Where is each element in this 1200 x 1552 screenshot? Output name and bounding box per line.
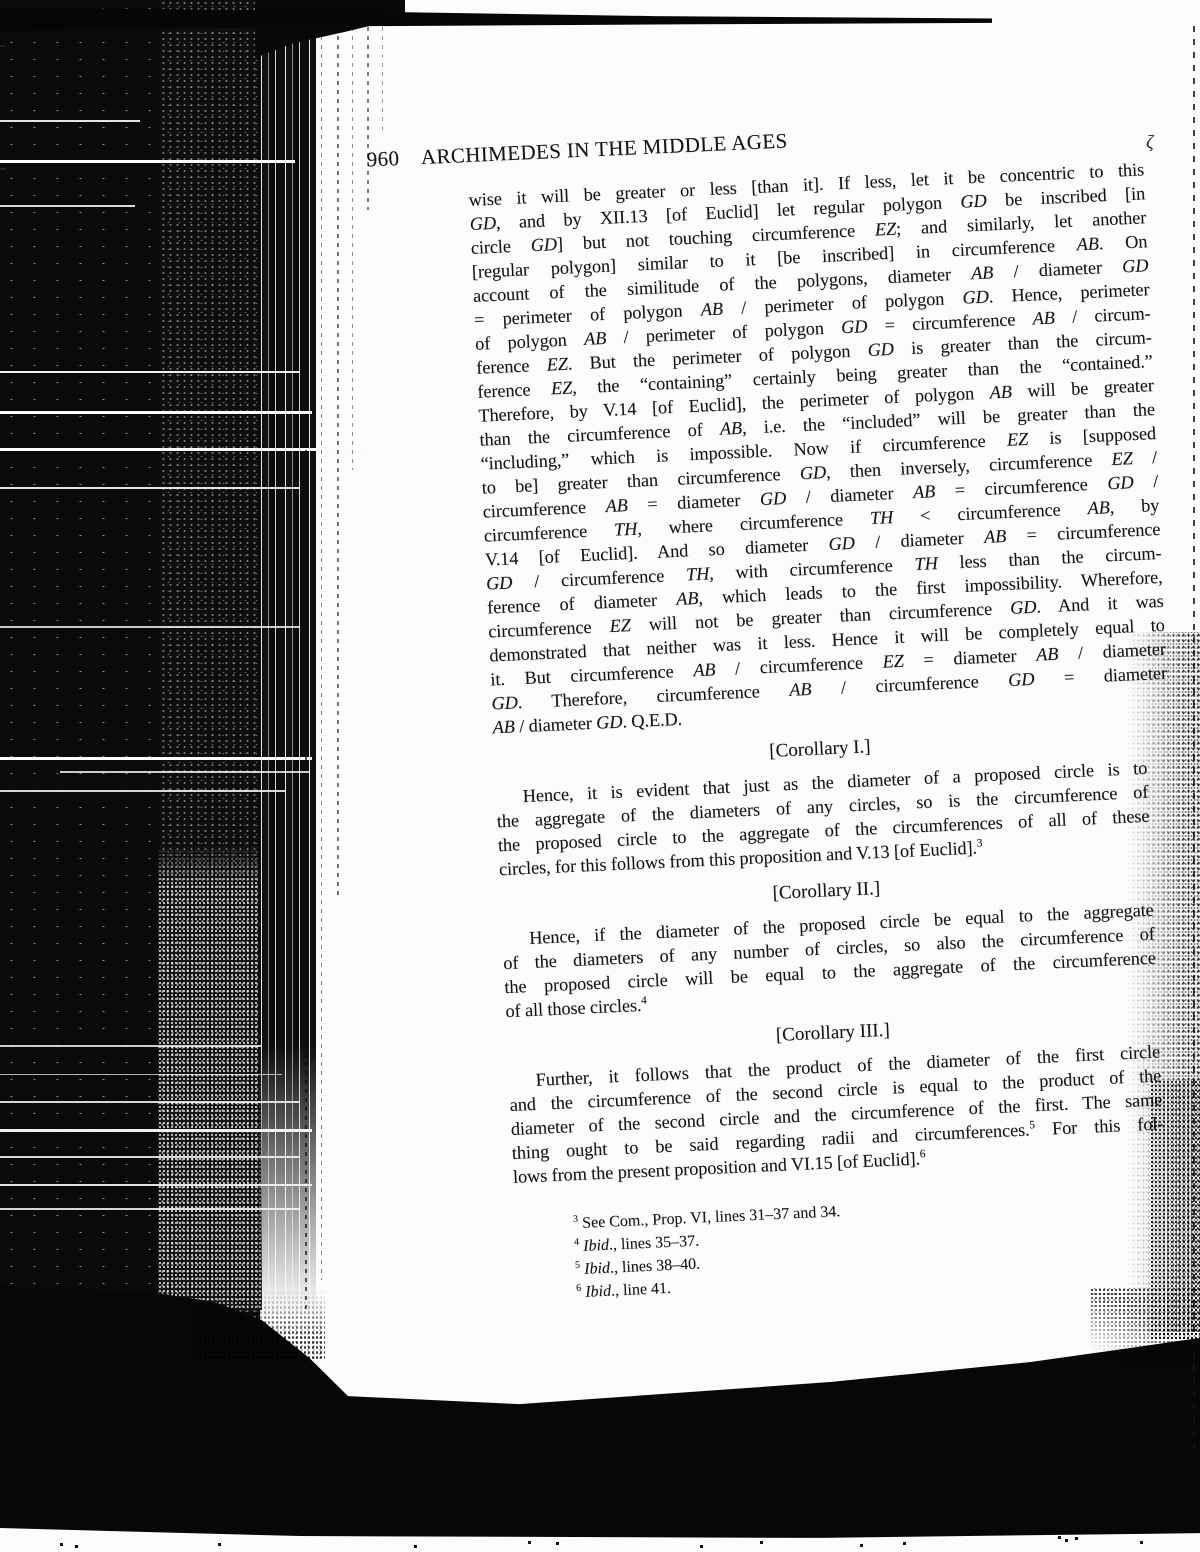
stray-binding-mark: ζ [1145,132,1156,155]
margin-tick [0,168,6,170]
margin-tick [0,45,5,47]
white-streak [0,160,295,163]
page-number: 960 [366,146,400,171]
white-streak [0,411,312,414]
vertical-dotted-line [367,0,369,210]
vertical-dotted-line [321,0,322,1280]
page-text-block: 960 ARCHIMEDES IN THE MIDDLE AGES wise i… [466,111,1194,1306]
scanned-book-page: ζ 960 ARCHIMEDES IN THE MIDDLE AGES wise… [0,0,1200,1552]
vertical-dotted-line [352,0,353,470]
running-head: ARCHIMEDES IN THE MIDDLE AGES [420,128,788,169]
vertical-dotted-line [382,0,383,130]
corollary-paragraph: Further, it follows that the product of … [508,1039,1165,1188]
bottom-edge-band [0,1286,1200,1552]
corollary-paragraph: Hence, it is evident that just as the di… [495,756,1151,881]
white-streak [60,771,310,773]
left-book-edge-black [0,0,162,1400]
footnote-marker: 4 [574,1237,579,1248]
main-paragraph: wise it will be greater or less [than it… [468,157,1168,739]
white-streak [0,1129,312,1132]
corollary-sections: [Corollary I.]Hence, it is evident that … [494,723,1165,1189]
left-book-edge-gray-lower [158,845,262,1310]
bottom-stray-dots [60,1543,63,1546]
white-streak [0,1045,262,1047]
white-streak [0,626,300,628]
footnote-marker: 3 [573,1214,578,1225]
vertical-dotted-line [337,0,339,900]
footnotes: 3 See Com., Prop. VI, lines 31–37 and 34… [573,1184,1195,1304]
top-edge-bar [0,7,992,31]
corollary-paragraph: Hence, if the diameter of the proposed c… [502,898,1158,1023]
right-edge-dashed-line [1193,26,1195,1456]
white-streak [0,757,312,760]
white-streak [0,448,372,451]
white-streak [0,120,140,122]
white-streak [0,487,300,489]
white-streak [0,205,135,207]
vertical-dotted-line [305,0,307,1310]
white-streak [0,1184,312,1186]
white-streak [0,371,300,373]
white-streak [0,1074,282,1075]
white-streak [0,1101,300,1103]
footnote-marker: 5 [575,1260,580,1271]
white-streak [0,1156,300,1158]
page-edge-streaks [258,0,316,1340]
white-streak [0,790,285,792]
footnote-marker: 6 [576,1283,581,1294]
white-streak [0,1208,300,1210]
